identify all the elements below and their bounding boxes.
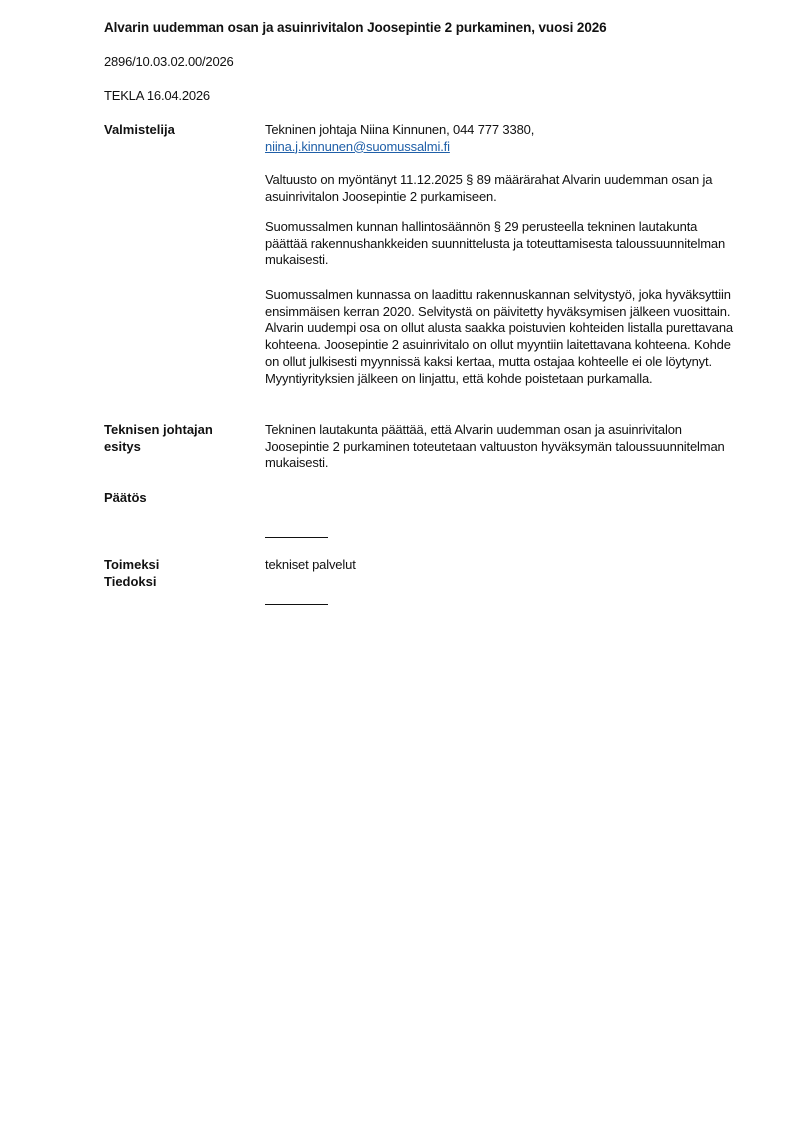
recipients-divider	[265, 604, 328, 605]
meeting-date: TEKLA 16.04.2026	[104, 88, 210, 103]
label-paatos: Päätös	[104, 489, 147, 506]
document-title: Alvarin uudemman osan ja asuinrivitalon …	[104, 20, 607, 35]
decision-divider	[265, 537, 328, 538]
paragraph-budget: Valtuusto on myöntänyt 11.12.2025 § 89 m…	[265, 172, 740, 205]
proposal-text: Tekninen lautakunta päättää, että Alvari…	[265, 422, 740, 472]
preparer-email-link[interactable]: niina.j.kinnunen@suomussalmi.fi	[265, 139, 450, 154]
preparer-contact: Tekninen johtaja Niina Kinnunen, 044 777…	[265, 122, 740, 139]
paragraph-regulation: Suomussalmen kunnan hallintosäännön § 29…	[265, 219, 740, 269]
paragraph-background: Suomussalmen kunnassa on laadittu rakenn…	[265, 287, 740, 387]
label-esitys: Teknisen johtajan esitys	[104, 421, 213, 455]
label-toimeksi-tiedoksi: Toimeksi Tiedoksi	[104, 556, 159, 590]
preparer-block: Tekninen johtaja Niina Kinnunen, 044 777…	[265, 122, 740, 155]
recipients-text: tekniset palvelut	[265, 557, 740, 574]
reference-number: 2896/10.03.02.00/2026	[104, 54, 234, 69]
label-valmistelija: Valmistelija	[104, 121, 175, 138]
document-page: Alvarin uudemman osan ja asuinrivitalon …	[0, 0, 794, 1122]
